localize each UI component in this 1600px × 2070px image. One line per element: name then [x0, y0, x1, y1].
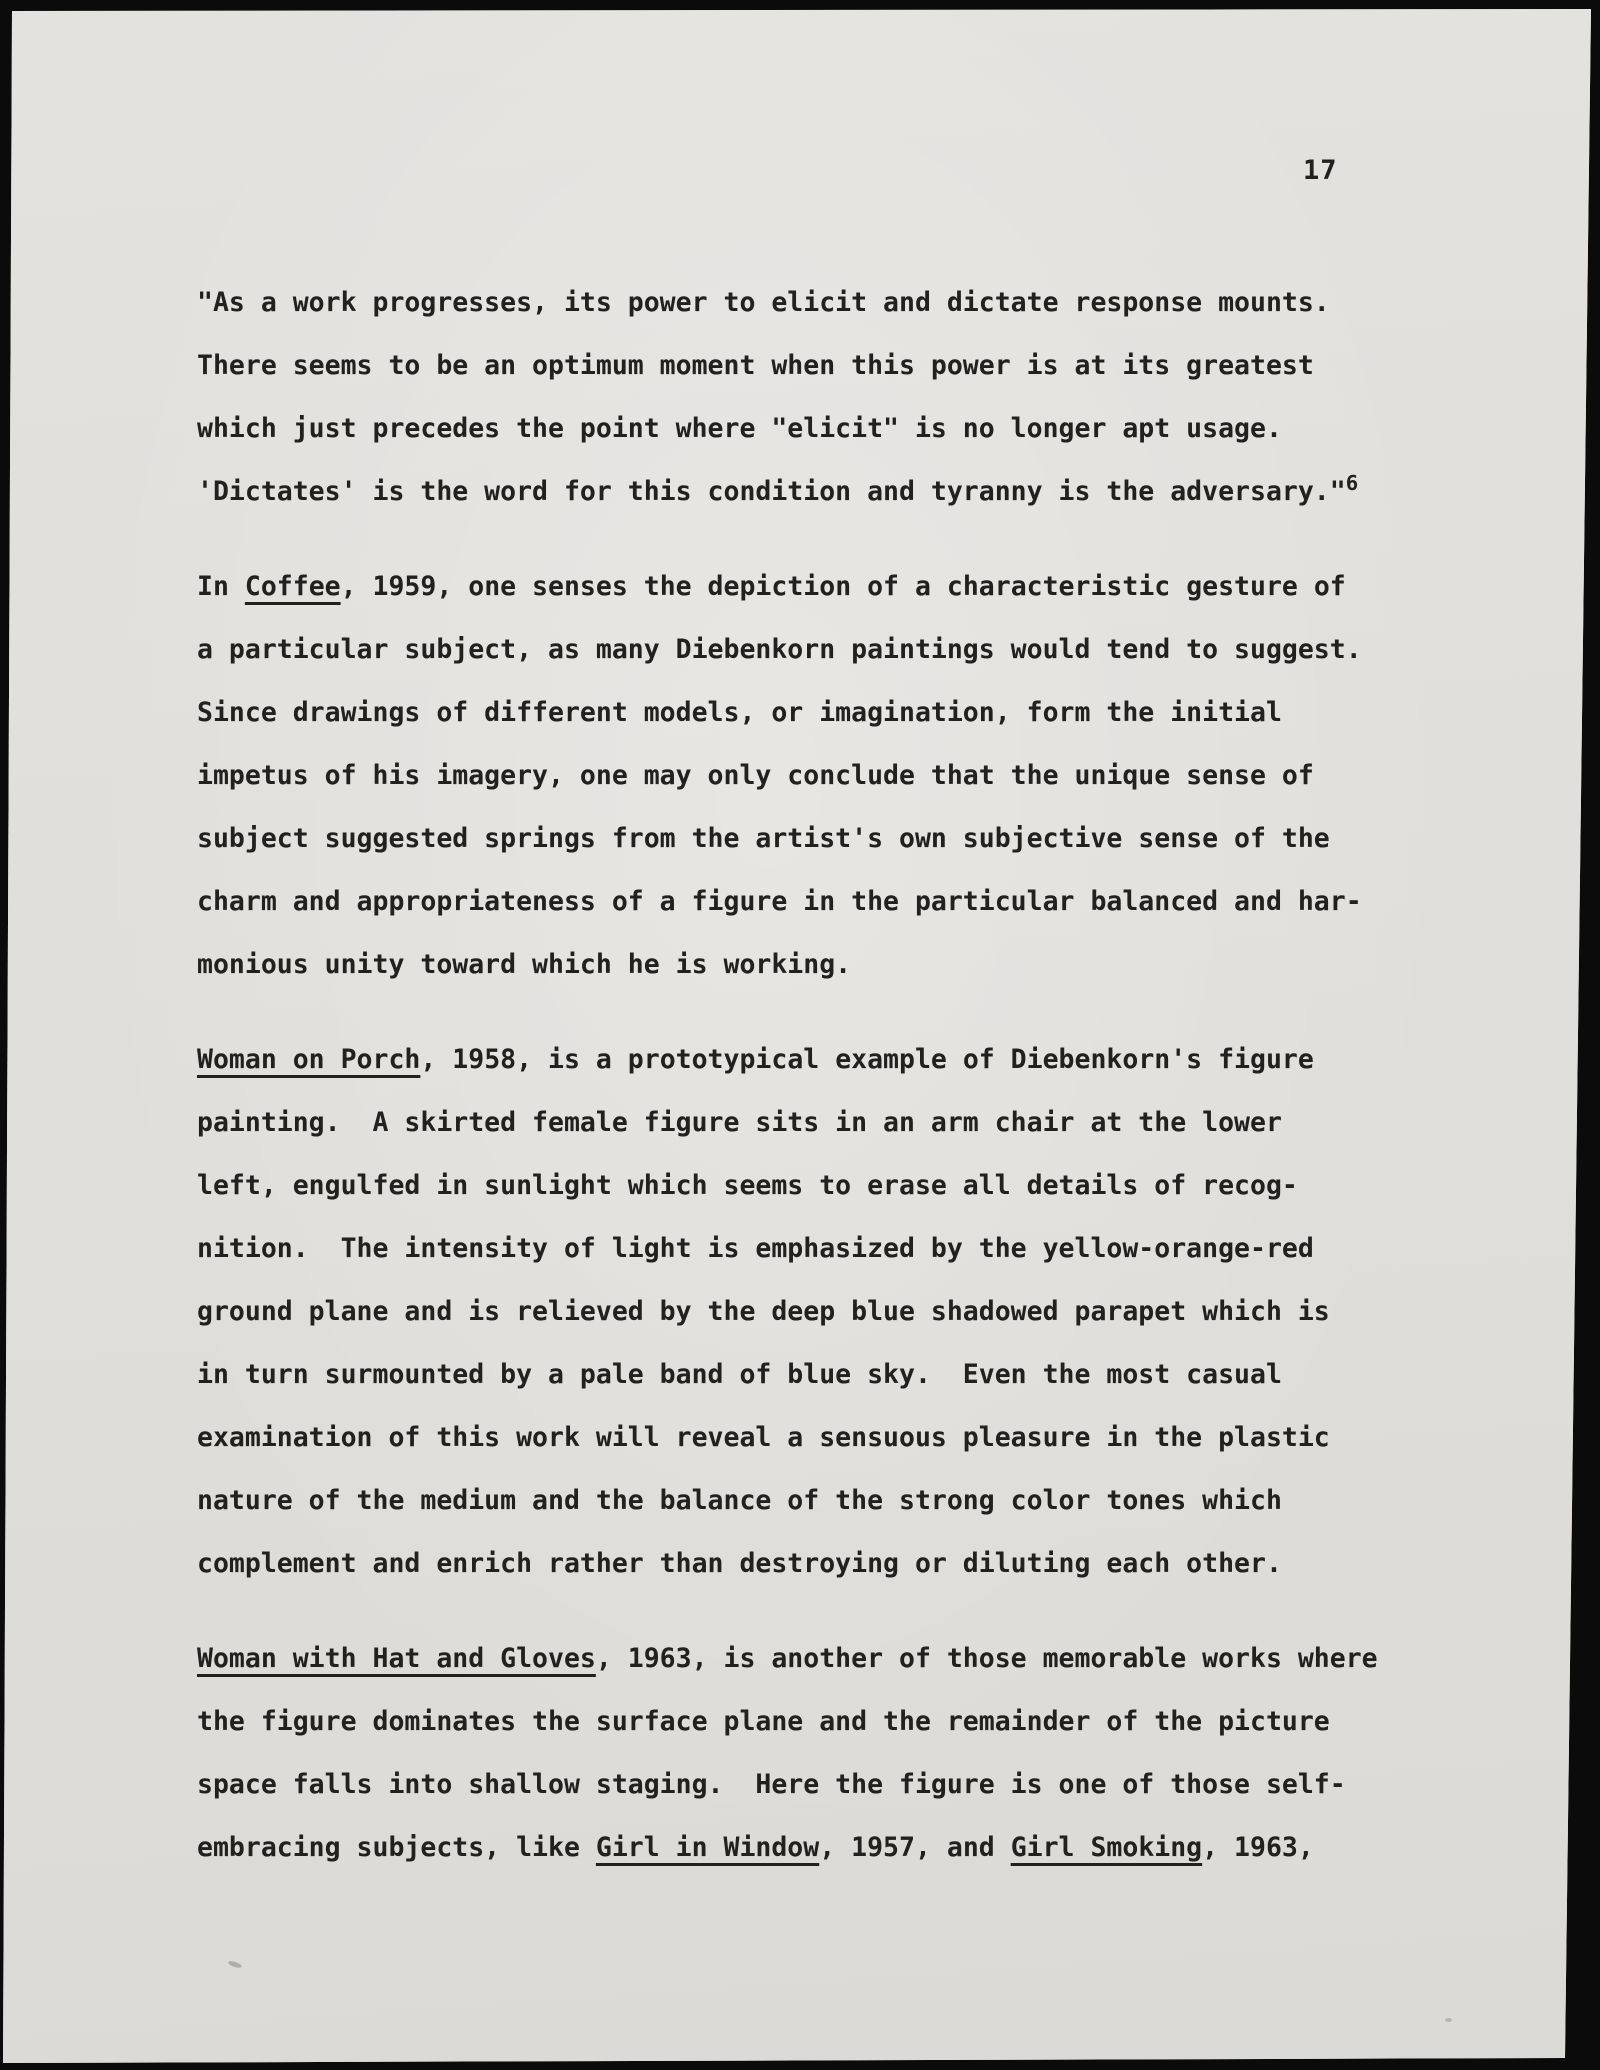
text-segment: complement and enrich rather than destro… — [197, 1548, 1282, 1579]
text-line: nature of the medium and the balance of … — [197, 1469, 1457, 1532]
text-segment: 'Dictates' is the word for this conditio… — [197, 476, 1346, 507]
artwork-title: Girl Smoking — [1011, 1832, 1202, 1863]
block-quote-paragraph: "As a work progresses, its power to elic… — [197, 271, 1457, 523]
text-segment: the figure dominates the surface plane a… — [197, 1706, 1330, 1737]
text-segment: , 1957, and — [819, 1832, 1010, 1863]
text-line: In Coffee, 1959, one senses the depictio… — [197, 555, 1457, 618]
text-segment: subject suggested springs from the artis… — [197, 823, 1330, 854]
text-line: complement and enrich rather than destro… — [197, 1532, 1457, 1595]
page-body-text: "As a work progresses, its power to elic… — [197, 271, 1457, 1911]
artwork-title: Girl in Window — [596, 1832, 819, 1863]
text-line: 'Dictates' is the word for this conditio… — [197, 460, 1457, 523]
text-line: nition. The intensity of light is emphas… — [197, 1217, 1457, 1280]
text-line: charm and appropriateness of a figure in… — [197, 870, 1457, 933]
text-line: "As a work progresses, its power to elic… — [197, 271, 1457, 334]
text-segment: , 1963, — [1202, 1832, 1314, 1863]
text-segment: Since drawings of different models, or i… — [197, 697, 1282, 728]
text-line: examination of this work will reveal a s… — [197, 1406, 1457, 1469]
text-line: which just precedes the point where "eli… — [197, 397, 1457, 460]
text-segment: In — [197, 571, 245, 602]
text-line: monious unity toward which he is working… — [197, 933, 1457, 996]
text-line: Woman on Porch, 1958, is a prototypical … — [197, 1028, 1457, 1091]
text-segment: which just precedes the point where "eli… — [197, 413, 1282, 444]
text-line: Since drawings of different models, or i… — [197, 681, 1457, 744]
text-segment: in turn surmounted by a pale band of blu… — [197, 1359, 1282, 1390]
paragraph-woman-on-porch: Woman on Porch, 1958, is a prototypical … — [197, 1028, 1457, 1595]
text-segment: painting. A skirted female figure sits i… — [197, 1107, 1282, 1138]
text-line: ground plane and is relieved by the deep… — [197, 1280, 1457, 1343]
text-segment: , 1958, is a prototypical example of Die… — [420, 1044, 1313, 1075]
text-segment: embracing subjects, like — [197, 1832, 596, 1863]
paragraph-woman-with-hat-and-gloves: Woman with Hat and Gloves, 1963, is anot… — [197, 1627, 1457, 1879]
text-line: in turn surmounted by a pale band of blu… — [197, 1343, 1457, 1406]
text-segment: nition. The intensity of light is emphas… — [197, 1233, 1314, 1264]
text-segment: , 1963, is another of those memorable wo… — [596, 1643, 1378, 1674]
text-segment: nature of the medium and the balance of … — [197, 1485, 1282, 1516]
page-number: 17 — [1303, 155, 1338, 186]
footnote-marker: 6 — [1346, 471, 1358, 495]
scan-background: 17 "As a work progresses, its power to e… — [0, 0, 1600, 2070]
text-segment: examination of this work will reveal a s… — [197, 1422, 1330, 1453]
text-line: left, engulfed in sunlight which seems t… — [197, 1154, 1457, 1217]
text-segment: monious unity toward which he is working… — [197, 949, 851, 980]
text-segment: impetus of his imagery, one may only con… — [197, 760, 1314, 791]
scan-speck — [1445, 2018, 1452, 2022]
text-line: embracing subjects, like Girl in Window,… — [197, 1816, 1457, 1879]
text-segment: left, engulfed in sunlight which seems t… — [197, 1170, 1298, 1201]
text-line: impetus of his imagery, one may only con… — [197, 744, 1457, 807]
scanned-document-screenshot: { "colors": { "backdrop": "#0b0b0b", "pa… — [0, 0, 1600, 2070]
text-segment: ground plane and is relieved by the deep… — [197, 1296, 1330, 1327]
text-segment: There seems to be an optimum moment when… — [197, 350, 1314, 381]
paragraph-coffee: In Coffee, 1959, one senses the depictio… — [197, 555, 1457, 996]
text-segment: , 1959, one senses the depiction of a ch… — [341, 571, 1346, 602]
text-line: space falls into shallow staging. Here t… — [197, 1753, 1457, 1816]
text-line: a particular subject, as many Diebenkorn… — [197, 618, 1457, 681]
manuscript-page: 17 "As a work progresses, its power to e… — [0, 0, 1600, 2070]
text-segment: "As a work progresses, its power to elic… — [197, 287, 1330, 318]
artwork-title: Woman on Porch — [197, 1044, 420, 1075]
text-line: painting. A skirted female figure sits i… — [197, 1091, 1457, 1154]
text-line: subject suggested springs from the artis… — [197, 807, 1457, 870]
text-line: There seems to be an optimum moment when… — [197, 334, 1457, 397]
text-line: the figure dominates the surface plane a… — [197, 1690, 1457, 1753]
scan-speck — [228, 1960, 243, 1969]
text-segment: charm and appropriateness of a figure in… — [197, 886, 1362, 917]
artwork-title: Woman with Hat and Gloves — [197, 1643, 596, 1674]
artwork-title: Coffee — [245, 571, 341, 602]
text-segment: space falls into shallow staging. Here t… — [197, 1769, 1346, 1800]
text-segment: a particular subject, as many Diebenkorn… — [197, 634, 1362, 665]
text-line: Woman with Hat and Gloves, 1963, is anot… — [197, 1627, 1457, 1690]
